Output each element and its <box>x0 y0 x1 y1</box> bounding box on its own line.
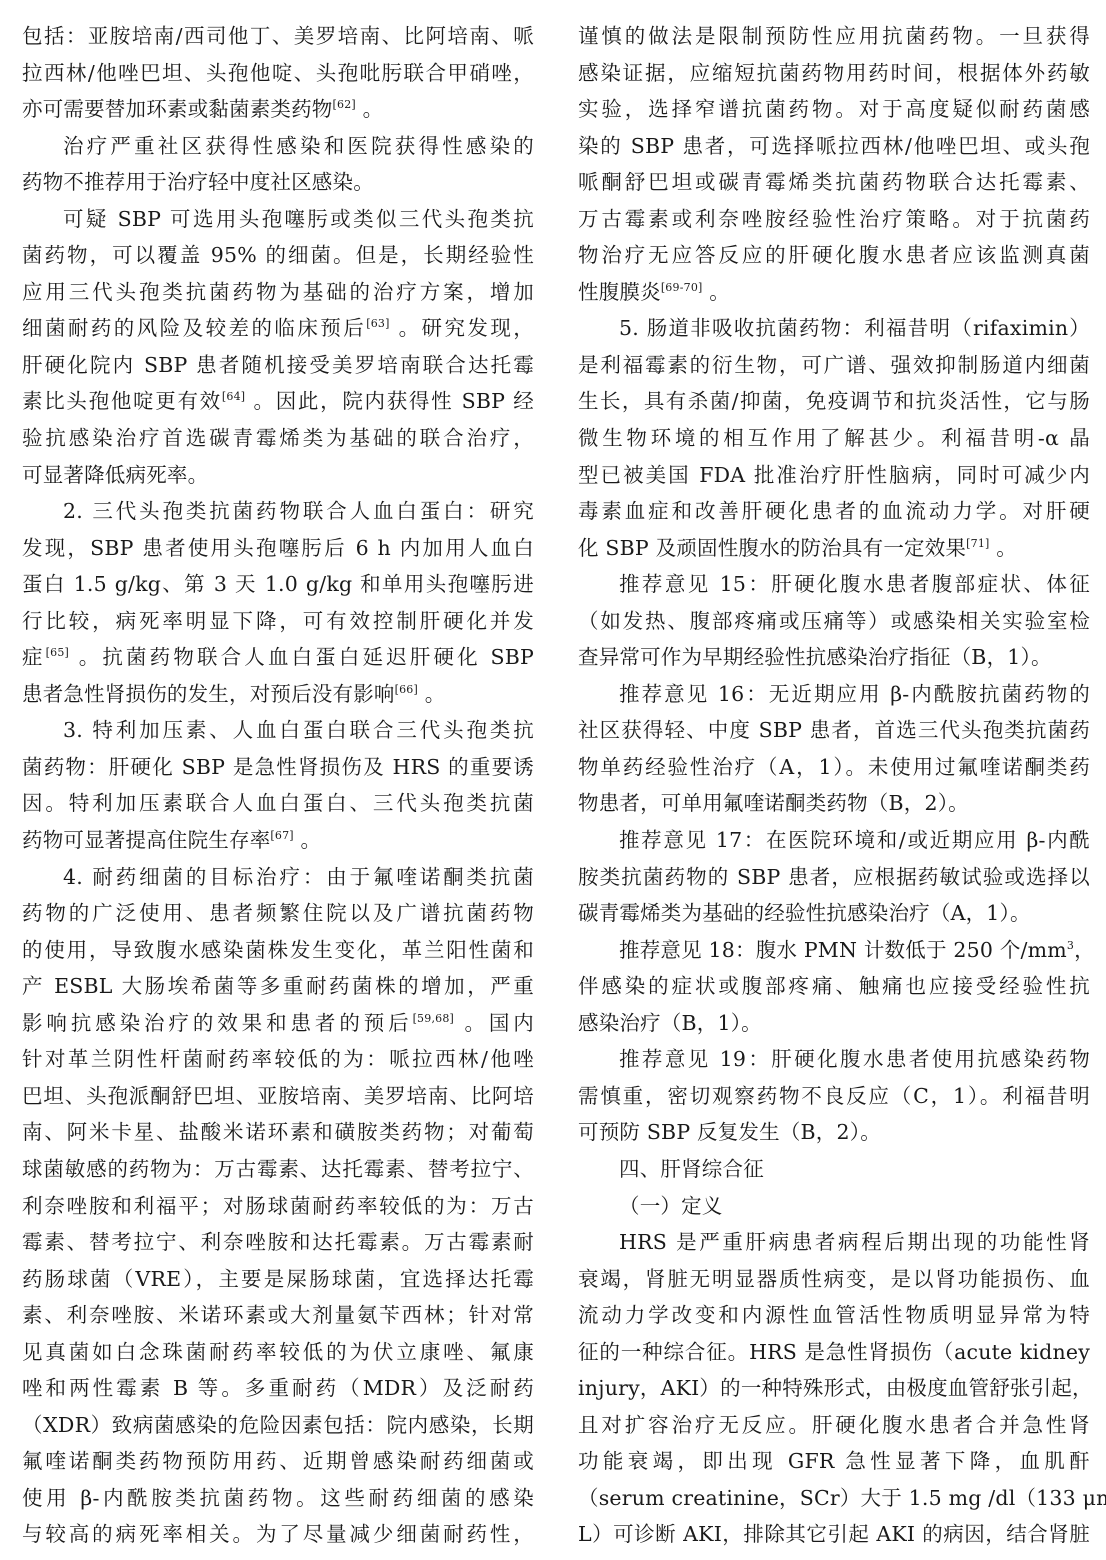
text-line: 氟喹诺酮类药物预防用药、近期曾感染耐药细菌或 <box>22 1443 534 1480</box>
text-line: 因。特利加压素联合人血白蛋白、三代头孢类抗菌 <box>22 785 534 822</box>
text-line: 药肠球菌（VRE），主要是屎肠球菌，宜选择达托霉 <box>22 1261 534 1298</box>
text-line: 与较高的病死率相关。为了尽量减少细菌耐药性， <box>22 1516 534 1553</box>
text-line-body: 生长，具有杀菌/抑菌，免疫调节和抗炎活性，它与肠 <box>578 389 1090 413</box>
text-line: （serum creatinine，SCr）大于 1.5 mg /dl（133 … <box>578 1480 1090 1517</box>
text-line-body: 与较高的病死率相关。为了尽量减少细菌耐药性， <box>22 1522 534 1546</box>
text-line: 4. 耐药细菌的目标治疗：由于氟喹诺酮类抗菌 <box>22 859 534 896</box>
text-line-body: 见真菌如白念珠菌耐药率较低的为伏立康唑、氟康 <box>22 1340 534 1364</box>
text-line: 肝硬化院内 SBP 患者随机接受美罗培南联合达托霉 <box>22 347 534 384</box>
text-line: 衰竭，肾脏无明显器质性病变，是以肾功能损伤、血 <box>578 1261 1090 1298</box>
text-line-body: 细菌耐药的风险及较差的临床预后 <box>22 316 366 340</box>
citation-ref: [59,68] <box>413 1012 454 1025</box>
text-line: 的使用，导致腹水感染菌株发生变化，革兰阳性菌和 <box>22 932 534 969</box>
text-line-body: 物单药经验性治疗（A，1）。未使用过氟喹诺酮类药 <box>578 755 1090 779</box>
text-line: 影响抗感染治疗的效果和患者的预后[59,68] 。国内 <box>22 1005 534 1042</box>
text-line: （XDR）致病菌感染的危险因素包括：院内感染，长期 <box>22 1407 534 1444</box>
text-line: 验抗感染治疗首选碳青霉烯类为基础的联合治疗， <box>22 420 534 457</box>
text-line-body: 2. 三代头孢类抗菌药物联合人血白蛋白：研究 <box>63 499 534 523</box>
text-line: 药物不推荐用于治疗轻中度社区感染。 <box>22 164 534 201</box>
text-line-body: 推荐意见 18：腹水 PMN 计数低于 250 个/mm <box>619 938 1067 962</box>
text-line: 功能衰竭，即出现 GFR 急性显著下降，血肌酐 <box>578 1443 1090 1480</box>
text-line: 5. 肠道非吸收抗菌药物：利福昔明（rifaximin） <box>578 310 1090 347</box>
text-line-body: 征的一种综合征。HRS 是急性肾损伤（acute kidney <box>578 1340 1090 1364</box>
text-line: 行比较，病死率明显下降，可有效控制肝硬化并发 <box>22 603 534 640</box>
text-line-body: 患者急性肾损伤的发生，对预后没有影响 <box>22 682 395 706</box>
text-line-tail: 。 <box>356 97 383 121</box>
text-line-body: 毒素血症和改善肝硬化患者的血流动力学。对肝硬 <box>578 499 1090 523</box>
text-line: 药物可显著提高住院生存率[67] 。 <box>22 822 534 859</box>
text-line-tail: 。 <box>703 280 730 304</box>
text-line-body: HRS 是严重肝病患者病程后期出现的功能性肾 <box>619 1230 1090 1254</box>
text-line: 碳青霉烯类为基础的经验性抗感染治疗（A，1）。 <box>578 895 1090 932</box>
text-line: 胺类抗菌药物的 SBP 患者，应根据药敏试验或选择以 <box>578 859 1090 896</box>
text-line: 应用三代头孢类抗菌药物为基础的治疗方案，增加 <box>22 274 534 311</box>
text-line: 毒素血症和改善肝硬化患者的血流动力学。对肝硬 <box>578 493 1090 530</box>
text-line-tail: 。 <box>990 536 1017 560</box>
text-line-body: 治疗严重社区获得性感染和医院获得性感染的 <box>63 134 534 158</box>
text-line-body: 物患者，可单用氟喹诺酮类药物（B，2）。 <box>578 791 969 815</box>
text-line: injury，AKI）的一种特殊形式，由极度血管舒张引起， <box>578 1370 1090 1407</box>
text-line: 性腹膜炎[69-70] 。 <box>578 274 1090 311</box>
text-line-body: 4. 耐药细菌的目标治疗：由于氟喹诺酮类抗菌 <box>63 865 534 889</box>
text-line-body: 谨慎的做法是限制预防性应用抗菌药物。一旦获得 <box>578 24 1090 48</box>
text-line: 推荐意见 15：肝硬化腹水患者腹部症状、体征 <box>578 566 1090 603</box>
text-line-body: 的使用，导致腹水感染菌株发生变化，革兰阳性菌和 <box>22 938 534 962</box>
text-line: 推荐意见 18：腹水 PMN 计数低于 250 个/mm3， <box>578 932 1090 969</box>
text-line-body: 药肠球菌（VRE），主要是屎肠球菌，宜选择达托霉 <box>22 1267 534 1291</box>
left-column: 包括：亚胺培南/西司他丁、美罗培南、比阿培南、哌拉西林/他唑巴坦、头孢他啶、头孢… <box>22 18 534 1553</box>
text-line-tail: 。因此，院内获得性 SBP 经 <box>245 389 534 413</box>
text-line-body: 万古霉素或利奈唑胺经验性治疗策略。对于抗菌药 <box>578 207 1090 231</box>
text-line: 万古霉素或利奈唑胺经验性治疗策略。对于抗菌药 <box>578 201 1090 238</box>
text-line: 哌酮舒巴坦或碳青霉烯类抗菌药物联合达托霉素、 <box>578 164 1090 201</box>
text-line-body: 霉素、替考拉宁、利奈唑胺和达托霉素。万古霉素耐 <box>22 1230 534 1254</box>
text-line-body: 染的 SBP 患者，可选择哌拉西林/他唑巴坦、或头孢 <box>578 134 1090 158</box>
text-line-body: 菌药物：肝硬化 SBP 是急性肾损伤及 HRS 的重要诱 <box>22 755 534 779</box>
text-line: 流动力学改变和内源性血管活性物质明显异常为特 <box>578 1297 1090 1334</box>
text-line-body: 化 SBP 及顽固性腹水的防治具有一定效果 <box>578 536 966 560</box>
text-line-body: 5. 肠道非吸收抗菌药物：利福昔明（rifaximin） <box>619 316 1090 340</box>
text-line-body: （XDR）致病菌感染的危险因素包括：院内感染，长期 <box>22 1413 534 1437</box>
text-line-tail: ， <box>1074 938 1095 962</box>
citation-ref: [65] <box>46 646 69 659</box>
text-line-body: 验抗感染治疗首选碳青霉烯类为基础的联合治疗， <box>22 426 534 450</box>
text-line: 是利福霉素的衍生物，可广谱、强效抑制肠道内细菌 <box>578 347 1090 384</box>
text-line-body: （如发热、腹部疼痛或压痛等）或感染相关实验室检 <box>578 609 1090 633</box>
text-line-tail: 。 <box>418 682 445 706</box>
text-line: 推荐意见 17：在医院环境和/或近期应用 β-内酰 <box>578 822 1090 859</box>
text-line: （如发热、腹部疼痛或压痛等）或感染相关实验室检 <box>578 603 1090 640</box>
text-line: 可疑 SBP 可选用头孢噻肟或类似三代头孢类抗 <box>22 201 534 238</box>
text-line-body: 包括：亚胺培南/西司他丁、美罗培南、比阿培南、哌 <box>22 24 534 48</box>
text-line: 2. 三代头孢类抗菌药物联合人血白蛋白：研究 <box>22 493 534 530</box>
text-line: 谨慎的做法是限制预防性应用抗菌药物。一旦获得 <box>578 18 1090 55</box>
text-line: 素比头孢他啶更有效[64] 。因此，院内获得性 SBP 经 <box>22 383 534 420</box>
text-line: 实验，选择窄谱抗菌药物。对于高度疑似耐药菌感 <box>578 91 1090 128</box>
text-line-body: 推荐意见 19：肝硬化腹水患者使用抗感染药物 <box>619 1047 1090 1071</box>
text-line: 3. 特利加压素、人血白蛋白联合三代头孢类抗 <box>22 712 534 749</box>
text-line-body: 南、阿米卡星、盐酸米诺环素和磺胺类药物；对葡萄 <box>22 1120 534 1144</box>
text-line-body: 利奈唑胺和利福平；对肠球菌耐药率较低的为：万古 <box>22 1194 534 1218</box>
text-line-body: injury，AKI）的一种特殊形式，由极度血管舒张引起， <box>578 1376 1093 1400</box>
text-line-body: 感染证据，应缩短抗菌药物用药时间，根据体外药敏 <box>578 61 1090 85</box>
text-line: 物治疗无应答反应的肝硬化腹水患者应该监测真菌 <box>578 237 1090 274</box>
text-line: 发现，SBP 患者使用头孢噻肟后 6 h 内加用人血白 <box>22 530 534 567</box>
text-line: 细菌耐药的风险及较差的临床预后[63] 。研究发现， <box>22 310 534 347</box>
text-line: 患者急性肾损伤的发生，对预后没有影响[66] 。 <box>22 676 534 713</box>
text-line: 拉西林/他唑巴坦、头孢他啶、头孢吡肟联合甲硝唑， <box>22 55 534 92</box>
text-line-body: 推荐意见 15：肝硬化腹水患者腹部症状、体征 <box>619 572 1090 596</box>
text-line: 物单药经验性治疗（A，1）。未使用过氟喹诺酮类药 <box>578 749 1090 786</box>
text-line-body: 且对扩容治疗无反应。肝硬化腹水患者合并急性肾 <box>578 1413 1090 1437</box>
citation-ref: [71] <box>966 537 989 550</box>
text-line-body: 实验，选择窄谱抗菌药物。对于高度疑似耐药菌感 <box>578 97 1090 121</box>
text-line-body: 针对革兰阴性杆菌耐药率较低的为：哌拉西林/他唑 <box>22 1047 534 1071</box>
text-line-body: 伴感染的症状或腹部疼痛、触痛也应接受经验性抗 <box>578 974 1090 998</box>
text-line-body: 感染治疗（B，1）。 <box>578 1011 762 1035</box>
text-line-body: 氟喹诺酮类药物预防用药、近期曾感染耐药细菌或 <box>22 1449 534 1473</box>
text-line-body: 型已被美国 FDA 批准治疗肝性脑病，同时可减少内 <box>578 463 1090 487</box>
text-line: 使用 β-内酰胺类抗菌药物。这些耐药细菌的感染 <box>22 1480 534 1517</box>
text-line: 感染治疗（B，1）。 <box>578 1005 1090 1042</box>
text-line-body: 微生物环境的相互作用了解甚少。利福昔明-α 晶 <box>578 426 1090 450</box>
text-line: 亦可需要替加环素或黏菌素类药物[62] 。 <box>22 91 534 128</box>
text-line: 菌药物，可以覆盖 95% 的细菌。但是，长期经验性 <box>22 237 534 274</box>
text-line: 感染证据，应缩短抗菌药物用药时间，根据体外药敏 <box>578 55 1090 92</box>
text-line-tail: 。抗菌药物联合人血白蛋白延迟肝硬化 SBP <box>69 645 534 669</box>
text-line: 针对革兰阴性杆菌耐药率较低的为：哌拉西林/他唑 <box>22 1041 534 1078</box>
text-line: 征的一种综合征。HRS 是急性肾损伤（acute kidney <box>578 1334 1090 1371</box>
text-line: 利奈唑胺和利福平；对肠球菌耐药率较低的为：万古 <box>22 1188 534 1225</box>
text-line-body: 可疑 SBP 可选用头孢噻肟或类似三代头孢类抗 <box>63 207 534 231</box>
citation-ref: [63] <box>366 317 389 330</box>
text-line-body: 功能衰竭，即出现 GFR 急性显著下降，血肌酐 <box>578 1449 1090 1473</box>
text-line: 社区获得轻、中度 SBP 患者，首选三代头孢类抗菌药 <box>578 712 1090 749</box>
text-line-body: 胺类抗菌药物的 SBP 患者，应根据药敏试验或选择以 <box>578 865 1090 889</box>
text-line: 唑和两性霉素 B 等。多重耐药（MDR）及泛耐药 <box>22 1370 534 1407</box>
citation-ref: [69-70] <box>661 281 703 294</box>
text-line-body: 推荐意见 17：在医院环境和/或近期应用 β-内酰 <box>619 828 1090 852</box>
text-line: 化 SBP 及顽固性腹水的防治具有一定效果[71] 。 <box>578 530 1090 567</box>
text-line-body: 菌药物，可以覆盖 95% 的细菌。但是，长期经验性 <box>22 243 534 267</box>
text-line-body: L）可诊断 AKI，排除其它引起 AKI 的病因，结合肾脏 <box>578 1522 1090 1546</box>
text-line-body: 球菌敏感的药物为：万古霉素、达托霉素、替考拉宁、 <box>22 1157 534 1181</box>
text-line: 微生物环境的相互作用了解甚少。利福昔明-α 晶 <box>578 420 1090 457</box>
citation-ref: [67] <box>270 829 293 842</box>
text-line-body: 查异常可作为早期经验性抗感染治疗指征（B，1）。 <box>578 645 1052 669</box>
text-line: 四、肝肾综合征 <box>578 1151 1090 1188</box>
text-line: 需慎重，密切观察药物不良反应（C，1）。利福昔明 <box>578 1078 1090 1115</box>
text-line: 球菌敏感的药物为：万古霉素、达托霉素、替考拉宁、 <box>22 1151 534 1188</box>
text-line: 染的 SBP 患者，可选择哌拉西林/他唑巴坦、或头孢 <box>578 128 1090 165</box>
text-line-body: 唑和两性霉素 B 等。多重耐药（MDR）及泛耐药 <box>22 1376 534 1400</box>
text-line-tail: 。研究发现， <box>390 316 534 340</box>
text-line-body: 行比较，病死率明显下降，可有效控制肝硬化并发 <box>22 609 534 633</box>
text-line-body: （serum creatinine，SCr）大于 1.5 mg /dl（133 … <box>578 1486 1106 1510</box>
text-line-body: 药物的广泛使用、患者频繁住院以及广谱抗菌药物 <box>22 901 534 925</box>
text-line-body: 哌酮舒巴坦或碳青霉烯类抗菌药物联合达托霉素、 <box>578 170 1090 194</box>
text-line-body: 肝硬化院内 SBP 患者随机接受美罗培南联合达托霉 <box>22 353 534 377</box>
text-line-body: 四、肝肾综合征 <box>619 1157 764 1181</box>
text-line: 查异常可作为早期经验性抗感染治疗指征（B，1）。 <box>578 639 1090 676</box>
text-line: 药物的广泛使用、患者频繁住院以及广谱抗菌药物 <box>22 895 534 932</box>
text-line-body: 社区获得轻、中度 SBP 患者，首选三代头孢类抗菌药 <box>578 718 1090 742</box>
text-line-body: 流动力学改变和内源性血管活性物质明显异常为特 <box>578 1303 1090 1327</box>
text-line: 蛋白 1.5 g/kg、第 3 天 1.0 g/kg 和单用头孢噻肟进 <box>22 566 534 603</box>
text-line-body: 衰竭，肾脏无明显器质性病变，是以肾功能损伤、血 <box>578 1267 1090 1291</box>
text-line: 型已被美国 FDA 批准治疗肝性脑病，同时可减少内 <box>578 457 1090 494</box>
text-line-body: （一）定义 <box>619 1194 723 1218</box>
text-line-body: 产 ESBL 大肠埃希菌等多重耐药菌株的增加，严重 <box>22 974 534 998</box>
right-column: 谨慎的做法是限制预防性应用抗菌药物。一旦获得感染证据，应缩短抗菌药物用药时间，根… <box>578 18 1090 1553</box>
text-line: L）可诊断 AKI，排除其它引起 AKI 的病因，结合肾脏 <box>578 1516 1090 1553</box>
text-line: 南、阿米卡星、盐酸米诺环素和磺胺类药物；对葡萄 <box>22 1114 534 1151</box>
text-line: HRS 是严重肝病患者病程后期出现的功能性肾 <box>578 1224 1090 1261</box>
text-line-body: 性腹膜炎 <box>578 280 661 304</box>
text-line-body: 蛋白 1.5 g/kg、第 3 天 1.0 g/kg 和单用头孢噻肟进 <box>22 572 534 596</box>
text-line: 生长，具有杀菌/抑菌，免疫调节和抗炎活性，它与肠 <box>578 383 1090 420</box>
text-line: 见真菌如白念珠菌耐药率较低的为伏立康唑、氟康 <box>22 1334 534 1371</box>
text-line: （一）定义 <box>578 1188 1090 1225</box>
text-line: 可显著降低病死率。 <box>22 457 534 494</box>
text-line: 菌药物：肝硬化 SBP 是急性肾损伤及 HRS 的重要诱 <box>22 749 534 786</box>
text-line-body: 影响抗感染治疗的效果和患者的预后 <box>22 1011 413 1035</box>
citation-ref: [62] <box>333 98 356 111</box>
text-line-body: 药物可显著提高住院生存率 <box>22 828 270 852</box>
text-line: 霉素、替考拉宁、利奈唑胺和达托霉素。万古霉素耐 <box>22 1224 534 1261</box>
text-line-body: 3. 特利加压素、人血白蛋白联合三代头孢类抗 <box>63 718 534 742</box>
text-line-body: 碳青霉烯类为基础的经验性抗感染治疗（A，1）。 <box>578 901 1031 925</box>
text-line-body: 使用 β-内酰胺类抗菌药物。这些耐药细菌的感染 <box>22 1486 534 1510</box>
text-line-body: 应用三代头孢类抗菌药物为基础的治疗方案，增加 <box>22 280 534 304</box>
text-line: 产 ESBL 大肠埃希菌等多重耐药菌株的增加，严重 <box>22 968 534 1005</box>
text-line: 伴感染的症状或腹部疼痛、触痛也应接受经验性抗 <box>578 968 1090 1005</box>
text-line: 素、利奈唑胺、米诺环素或大剂量氨苄西林；针对常 <box>22 1297 534 1334</box>
text-line-body: 亦可需要替加环素或黏菌素类药物 <box>22 97 333 121</box>
text-line-body: 药物不推荐用于治疗轻中度社区感染。 <box>22 170 374 194</box>
text-line-body: 发现，SBP 患者使用头孢噻肟后 6 h 内加用人血白 <box>22 536 534 560</box>
text-line: 且对扩容治疗无反应。肝硬化腹水患者合并急性肾 <box>578 1407 1090 1444</box>
text-line-tail: 。国内 <box>454 1011 534 1035</box>
text-line: 可预防 SBP 反复发生（B，2）。 <box>578 1114 1090 1151</box>
text-line-body: 可预防 SBP 反复发生（B，2）。 <box>578 1120 881 1144</box>
text-line-body: 巴坦、头孢派酮舒巴坦、亚胺培南、美罗培南、比阿培 <box>22 1084 534 1108</box>
text-line: 治疗严重社区获得性感染和医院获得性感染的 <box>22 128 534 165</box>
text-line-body: 推荐意见 16：无近期应用 β-内酰胺抗菌药物的 <box>619 682 1090 706</box>
citation-ref: [64] <box>222 390 245 403</box>
text-line: 包括：亚胺培南/西司他丁、美罗培南、比阿培南、哌 <box>22 18 534 55</box>
text-line-body: 症 <box>22 645 46 669</box>
text-line-body: 素、利奈唑胺、米诺环素或大剂量氨苄西林；针对常 <box>22 1303 534 1327</box>
text-line-body: 需慎重，密切观察药物不良反应（C，1）。利福昔明 <box>578 1084 1090 1108</box>
text-line: 症[65] 。抗菌药物联合人血白蛋白延迟肝硬化 SBP <box>22 639 534 676</box>
text-line-body: 物治疗无应答反应的肝硬化腹水患者应该监测真菌 <box>578 243 1090 267</box>
citation-ref: [66] <box>395 683 418 696</box>
text-line: 推荐意见 19：肝硬化腹水患者使用抗感染药物 <box>578 1041 1090 1078</box>
text-line-body: 是利福霉素的衍生物，可广谱、强效抑制肠道内细菌 <box>578 353 1090 377</box>
text-line-body: 素比头孢他啶更有效 <box>22 389 222 413</box>
text-line-body: 因。特利加压素联合人血白蛋白、三代头孢类抗菌 <box>22 791 534 815</box>
text-line-body: 可显著降低病死率。 <box>22 463 208 487</box>
text-line: 物患者，可单用氟喹诺酮类药物（B，2）。 <box>578 785 1090 822</box>
text-line: 推荐意见 16：无近期应用 β-内酰胺抗菌药物的 <box>578 676 1090 713</box>
text-line-body: 拉西林/他唑巴坦、头孢他啶、头孢吡肟联合甲硝唑， <box>22 61 534 85</box>
text-line-tail: 。 <box>294 828 321 852</box>
text-line: 巴坦、头孢派酮舒巴坦、亚胺培南、美罗培南、比阿培 <box>22 1078 534 1115</box>
